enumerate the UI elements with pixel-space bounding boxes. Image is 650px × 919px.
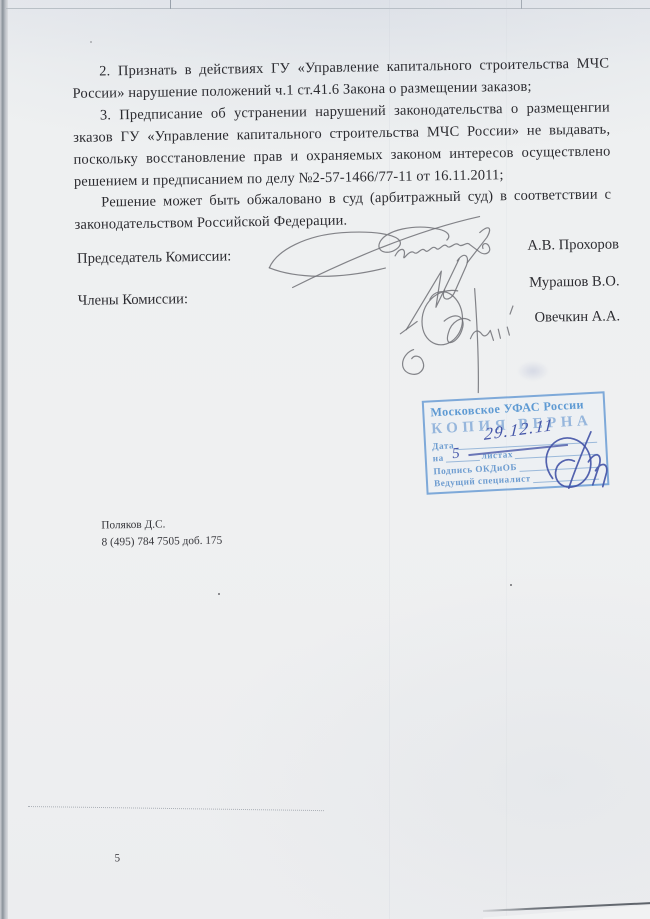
handwritten-sheet-count: 5	[451, 446, 460, 464]
executor-name: Поляков Д.С.	[101, 516, 222, 534]
executor-phone: 8 (495) 784 7505 доб. 175	[101, 532, 222, 550]
chairman-label: Председатель Комиссии:	[77, 248, 231, 267]
page-number: 5	[114, 852, 120, 864]
paragraph-item-3: 3. Предписание об устранении нарушений з…	[73, 97, 611, 193]
executor-contact: Поляков Д.С. 8 (495) 784 7505 доб. 175	[101, 516, 222, 551]
handwritten-ink-signature	[528, 425, 614, 494]
stamp-specialist-label: Ведущий специалист	[434, 473, 531, 488]
stamp-sheets-prefix: на	[432, 453, 443, 464]
handwritten-signatures	[246, 201, 569, 406]
scanned-document-page: 2. Признать в действиях ГУ «Управление к…	[0, 0, 650, 919]
document-content: 2. Признать в действиях ГУ «Управление к…	[0, 0, 650, 919]
members-label: Члены Комиссии:	[78, 291, 188, 310]
